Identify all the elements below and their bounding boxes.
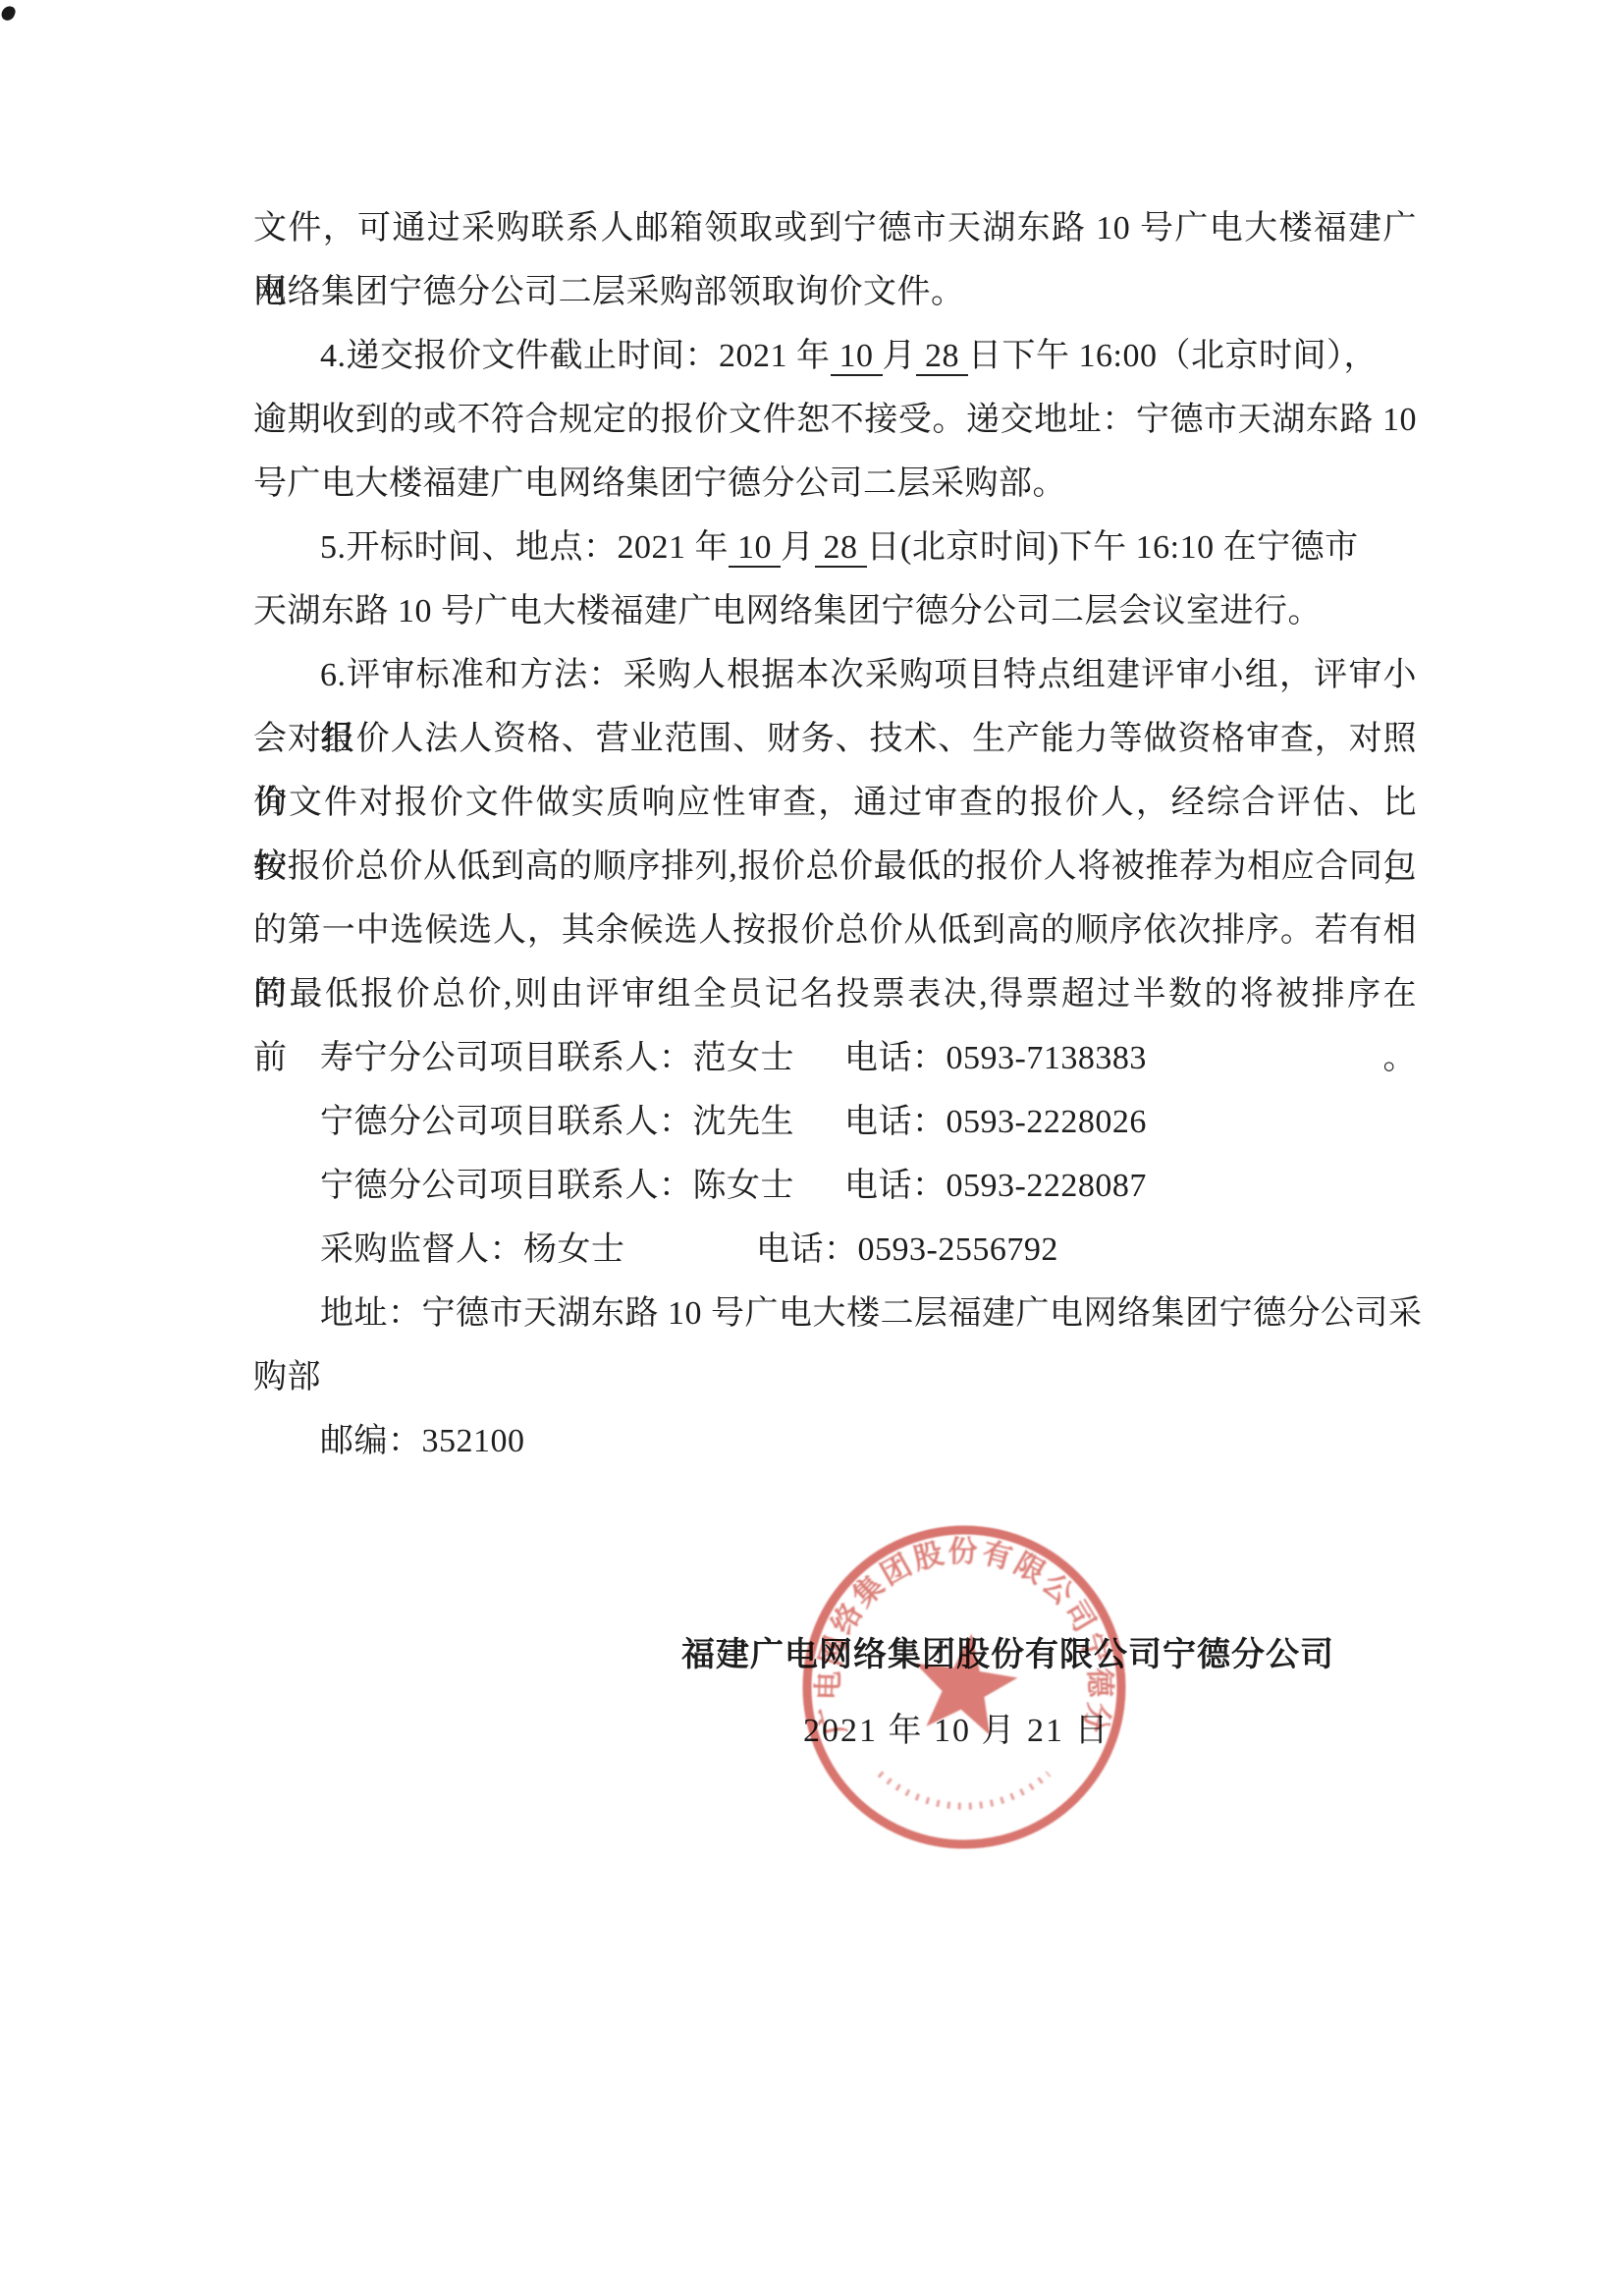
text-segment: 月 xyxy=(781,529,815,566)
text-segment: 邮编：352100 xyxy=(320,1423,525,1459)
text-line: 按报价总价从低到高的顺序排列,报价总价最低的报价人将被推荐为相应合同包 xyxy=(253,835,1417,899)
text-line: 宁德分公司项目联系人：沈先生电话：0593-2228026 xyxy=(253,1090,1417,1154)
text-line: 逾期收到的或不符合规定的报价文件恕不接受。递交地址：宁德市天湖东路 10 xyxy=(253,388,1417,452)
document-page: 文件，可通过采购联系人邮箱领取或到宁德市天湖东路 10 号广电大楼福建广电网络集… xyxy=(0,0,1623,2296)
text-segment: 电话：0593-2228087 xyxy=(844,1154,1147,1218)
document-body: 文件，可通过采购联系人邮箱领取或到宁德市天湖东路 10 号广电大楼福建广电网络集… xyxy=(253,196,1417,1473)
text-segment: 4.递交报价文件截止时间：2021 年 xyxy=(320,338,831,374)
text-segment: 宁德分公司项目联系人：陈女士 xyxy=(320,1154,794,1218)
text-line: 邮编：352100 xyxy=(253,1409,1417,1473)
text-segment: 寿宁分公司项目联系人：范女士 xyxy=(320,1026,794,1090)
text-line: 采购监督人：杨女士电话：0593-2556792 xyxy=(253,1218,1417,1282)
text-line: 5.开标时间、地点：2021 年10月28日(北京时间)下午 16:10 在宁德… xyxy=(253,516,1417,579)
text-segment: 地址：宁德市天湖东路 10 号广电大楼二层福建广电网络集团宁德分公司采 xyxy=(320,1295,1423,1332)
text-segment: 日下午 16:00（北京时间）， xyxy=(968,338,1378,374)
text-line: 天湖东路 10 号广电大楼福建广电网络集团宁德分公司二层会议室进行。 xyxy=(253,579,1417,643)
text-line: 购部 xyxy=(253,1345,1417,1409)
underlined-blank: 10 xyxy=(729,529,781,568)
text-segment: 月 xyxy=(883,338,917,374)
underlined-blank: 28 xyxy=(916,338,968,376)
text-line: 的最低报价总价,则由评审组全员记名投票表决,得票超过半数的将被排序在前。 xyxy=(253,962,1417,1026)
text-line: 地址：宁德市天湖东路 10 号广电大楼二层福建广电网络集团宁德分公司采 xyxy=(253,1282,1417,1345)
text-line: 宁德分公司项目联系人：陈女士电话：0593-2228087 xyxy=(253,1154,1417,1218)
text-line: 4.递交报价文件截止时间：2021 年10月28日下午 16:00（北京时间）， xyxy=(253,324,1417,388)
seal-serial-marks xyxy=(880,1774,1049,1806)
official-seal: 福建广电网络集团股份有限公司宁德分公司 xyxy=(787,1510,1141,1864)
text-segment: 电话：0593-7138383 xyxy=(844,1026,1147,1090)
scan-artifact xyxy=(0,4,17,23)
text-line: 网络集团宁德分公司二层采购部领取询价文件。 xyxy=(253,260,1417,324)
text-segment: 电话：0593-2556792 xyxy=(756,1218,1058,1282)
text-line: 文件，可通过采购联系人邮箱领取或到宁德市天湖东路 10 号广电大楼福建广电 xyxy=(253,196,1417,260)
text-segment: 购部 xyxy=(253,1359,321,1395)
text-segment: 5.开标时间、地点：2021 年 xyxy=(320,529,729,566)
text-line: 寿宁分公司项目联系人：范女士电话：0593-7138383 xyxy=(253,1026,1417,1090)
text-segment: 天湖东路 10 号广电大楼福建广电网络集团宁德分公司二层会议室进行。 xyxy=(253,593,1322,629)
text-segment: 宁德分公司项目联系人：沈先生 xyxy=(320,1090,794,1154)
text-segment: 网络集团宁德分公司二层采购部领取询价文件。 xyxy=(253,274,965,310)
text-line: 价文件对报价文件做实质响应性审查，通过审查的报价人，经综合评估、比较， xyxy=(253,771,1417,835)
text-segment: 电话：0593-2228026 xyxy=(844,1090,1147,1154)
text-segment: 按报价总价从低到高的顺序排列,报价总价最低的报价人将被推荐为相应合同包 xyxy=(253,848,1417,885)
text-segment: 日(北京时间)下午 16:10 在宁德市 xyxy=(867,529,1359,566)
underlined-blank: 10 xyxy=(831,338,883,376)
text-line: 会对报价人法人资格、营业范围、财务、技术、生产能力等做资格审查，对照询 xyxy=(253,707,1417,771)
text-line: 的第一中选候选人，其余候选人按报价总价从低到高的顺序依次排序。若有相同 xyxy=(253,899,1417,962)
star-icon xyxy=(907,1626,1023,1737)
underlined-blank: 28 xyxy=(815,529,867,568)
text-line: 号广电大楼福建广电网络集团宁德分公司二层采购部。 xyxy=(253,452,1417,516)
text-segment: 逾期收到的或不符合规定的报价文件恕不接受。递交地址：宁德市天湖东路 10 xyxy=(253,402,1417,438)
text-line: 6.评审标准和方法：采购人根据本次采购项目特点组建评审小组，评审小组 xyxy=(253,643,1417,707)
text-segment: 采购监督人：杨女士 xyxy=(320,1218,625,1282)
text-segment: 号广电大楼福建广电网络集团宁德分公司二层采购部。 xyxy=(253,465,1066,502)
